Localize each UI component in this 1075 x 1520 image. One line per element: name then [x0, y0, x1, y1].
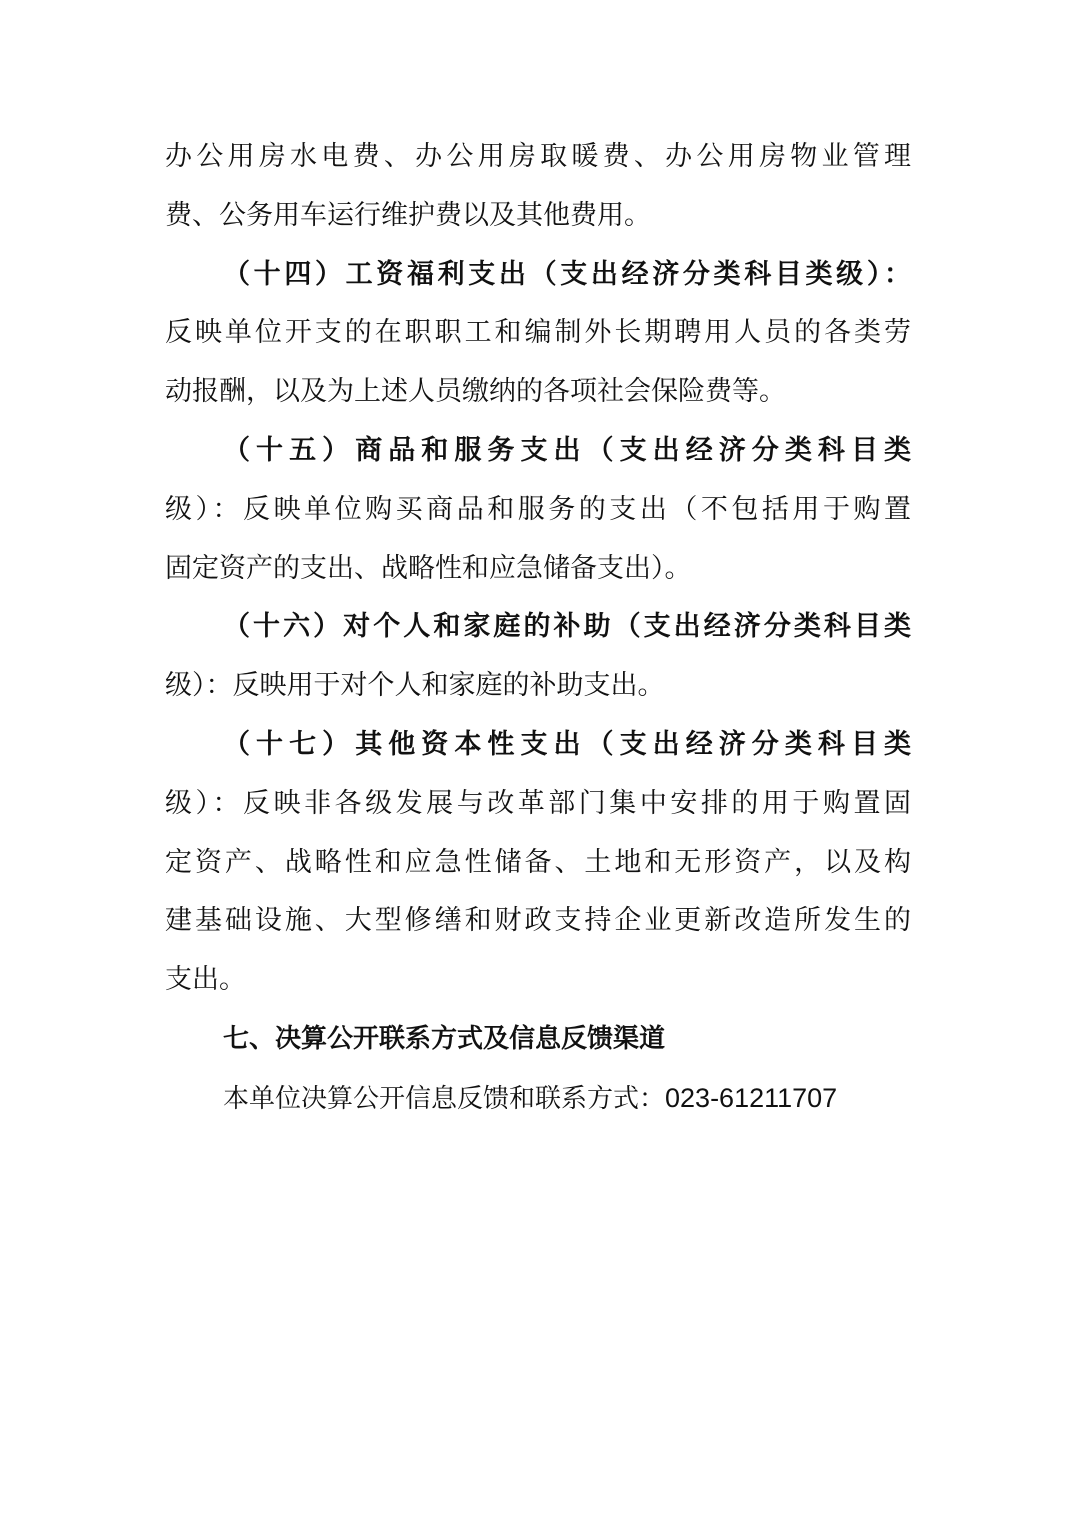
paragraph-line: 支出。 [165, 959, 911, 1018]
item-15-title: （十五）商品和服务支出（支出经济分类科目类 [165, 430, 911, 489]
contact-label: 本单位决算公开信息反馈和联系方式： [223, 1084, 665, 1114]
paragraph-line: 级）：反映非各级发展与改革部门集中安排的用于购置固 [165, 783, 911, 842]
item-16-title: （十六）对个人和家庭的补助（支出经济分类科目类 [165, 606, 911, 665]
paragraph-line: 定资产、战略性和应急性储备、土地和无形资产，以及构 [165, 842, 911, 901]
contact-line: 本单位决算公开信息反馈和联系方式：023-61211707 [165, 1077, 911, 1136]
section-7-heading: 七、决算公开联系方式及信息反馈渠道 [165, 1018, 911, 1077]
paragraph-line: 办公用房水电费、办公用房取暖费、办公用房物业管理 [165, 136, 911, 195]
document-page: 办公用房水电费、办公用房取暖费、办公用房物业管理 费、公务用车运行维护费以及其他… [165, 136, 911, 1136]
paragraph-line: 级）：反映用于对个人和家庭的补助支出。 [165, 665, 911, 724]
item-17-title: （十七）其他资本性支出（支出经济分类科目类 [165, 724, 911, 783]
paragraph-line: 固定资产的支出、战略性和应急储备支出）。 [165, 548, 911, 607]
paragraph-line: 费、公务用车运行维护费以及其他费用。 [165, 195, 911, 254]
item-14-title: （十四）工资福利支出（支出经济分类科目类级）： [165, 254, 911, 313]
contact-phone: 023-61211707 [665, 1083, 837, 1113]
paragraph-line: 级）：反映单位购买商品和服务的支出（不包括用于购置 [165, 489, 911, 548]
paragraph-line: 动报酬，以及为上述人员缴纳的各项社会保险费等。 [165, 371, 911, 430]
paragraph-line: 反映单位开支的在职职工和编制外长期聘用人员的各类劳 [165, 312, 911, 371]
paragraph-line: 建基础设施、大型修缮和财政支持企业更新改造所发生的 [165, 900, 911, 959]
